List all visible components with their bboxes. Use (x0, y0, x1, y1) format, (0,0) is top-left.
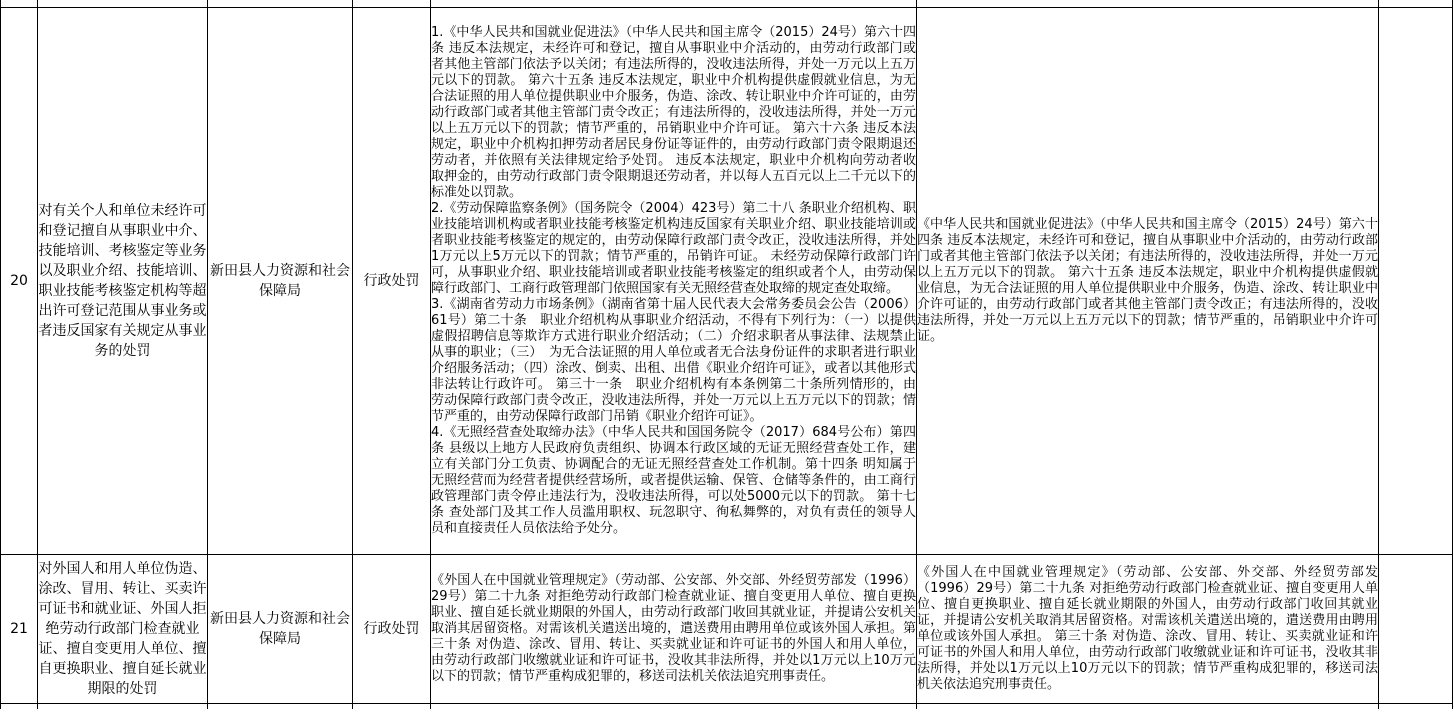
partial-cell (917, 704, 1379, 710)
penalty-items-table: 20 对有关个人和单位未经许可和登记擅自从事职业中介、技能培训、考核鉴定等业务以… (0, 0, 1453, 709)
partial-cell (1, 0, 38, 8)
legal-basis-paragraph: 《中华人民共和国就业促进法》（中华人民共和国主席令（2015）24号）第六十四条… (917, 217, 1378, 345)
empty-cell (1379, 555, 1453, 704)
row-number-cell: 21 (1, 555, 38, 704)
penalty-matter-cell: 对有关个人和单位未经许可和登记擅自从事职业中介、技能培训、考核鉴定等业务以及职业… (38, 8, 208, 555)
partial-row-top (1, 0, 1453, 8)
penalty-matter-cell: 对外国人和用人单位伪造、涂改、冒用、转让、买卖许可证书和就业证、外国人拒绝劳动行… (38, 555, 208, 704)
document-viewport: 20 对有关个人和单位未经许可和登记擅自从事职业中介、技能培训、考核鉴定等业务以… (0, 0, 1454, 712)
empty-cell (1379, 8, 1453, 555)
partial-cell (208, 704, 353, 710)
legal-basis-paragraph: 《外国人在中国就业管理规定》（劳动部、公安部、外交部、外经贸劳部发（1996）2… (917, 565, 1378, 693)
legal-basis-paragraph: 3.《湖南省劳动力市场条例》（湖南省第十届人民代表大会常务委员会公告（2006）… (431, 297, 916, 425)
legal-basis-cell: 《外国人在中国就业管理规定》（劳动部、公安部、外交部、外经贸劳部发（1996）2… (431, 555, 917, 704)
row-number-cell: 20 (1, 8, 38, 555)
table-row-20: 20 对有关个人和单位未经许可和登记擅自从事职业中介、技能培训、考核鉴定等业务以… (1, 8, 1453, 555)
partial-cell (917, 0, 1379, 8)
partial-row-bottom (1, 704, 1453, 710)
legal-basis-paragraph: 《外国人在中国就业管理规定》（劳动部、公安部、外交部、外经贸劳部发（1996）2… (431, 573, 916, 685)
legal-basis-paragraph: 2.《劳动保障监察条例》（国务院令（2004）423号）第二十八 条职业介绍机构… (431, 201, 916, 297)
department-cell: 新田县人力资源和社会保障局 (208, 8, 353, 555)
partial-cell (431, 0, 917, 8)
partial-cell (1379, 704, 1453, 710)
table-row-21: 21 对外国人和用人单位伪造、涂改、冒用、转让、买卖许可证书和就业证、外国人拒绝… (1, 555, 1453, 704)
legal-basis-summary-cell: 《外国人在中国就业管理规定》（劳动部、公安部、外交部、外经贸劳部发（1996）2… (917, 555, 1379, 704)
penalty-type-cell: 行政处罚 (353, 8, 431, 555)
legal-basis-paragraph: 4.《无照经营查处取缔办法》（中华人民共和国国务院令（2017）684号公布）第… (431, 425, 916, 537)
partial-cell (353, 704, 431, 710)
legal-basis-cell: 1.《中华人民共和国就业促进法》（中华人民共和国主席令（2015）24号）第六十… (431, 8, 917, 555)
penalty-type-cell: 行政处罚 (353, 555, 431, 704)
partial-cell (38, 0, 208, 8)
partial-cell (38, 704, 208, 710)
partial-cell (1379, 0, 1453, 8)
partial-cell (208, 0, 353, 8)
department-cell: 新田县人力资源和社会保障局 (208, 555, 353, 704)
partial-cell (353, 0, 431, 8)
legal-basis-summary-cell: 《中华人民共和国就业促进法》（中华人民共和国主席令（2015）24号）第六十四条… (917, 8, 1379, 555)
legal-basis-paragraph: 1.《中华人民共和国就业促进法》（中华人民共和国主席令（2015）24号）第六十… (431, 25, 916, 201)
partial-cell (1, 704, 38, 710)
partial-cell (431, 704, 917, 710)
